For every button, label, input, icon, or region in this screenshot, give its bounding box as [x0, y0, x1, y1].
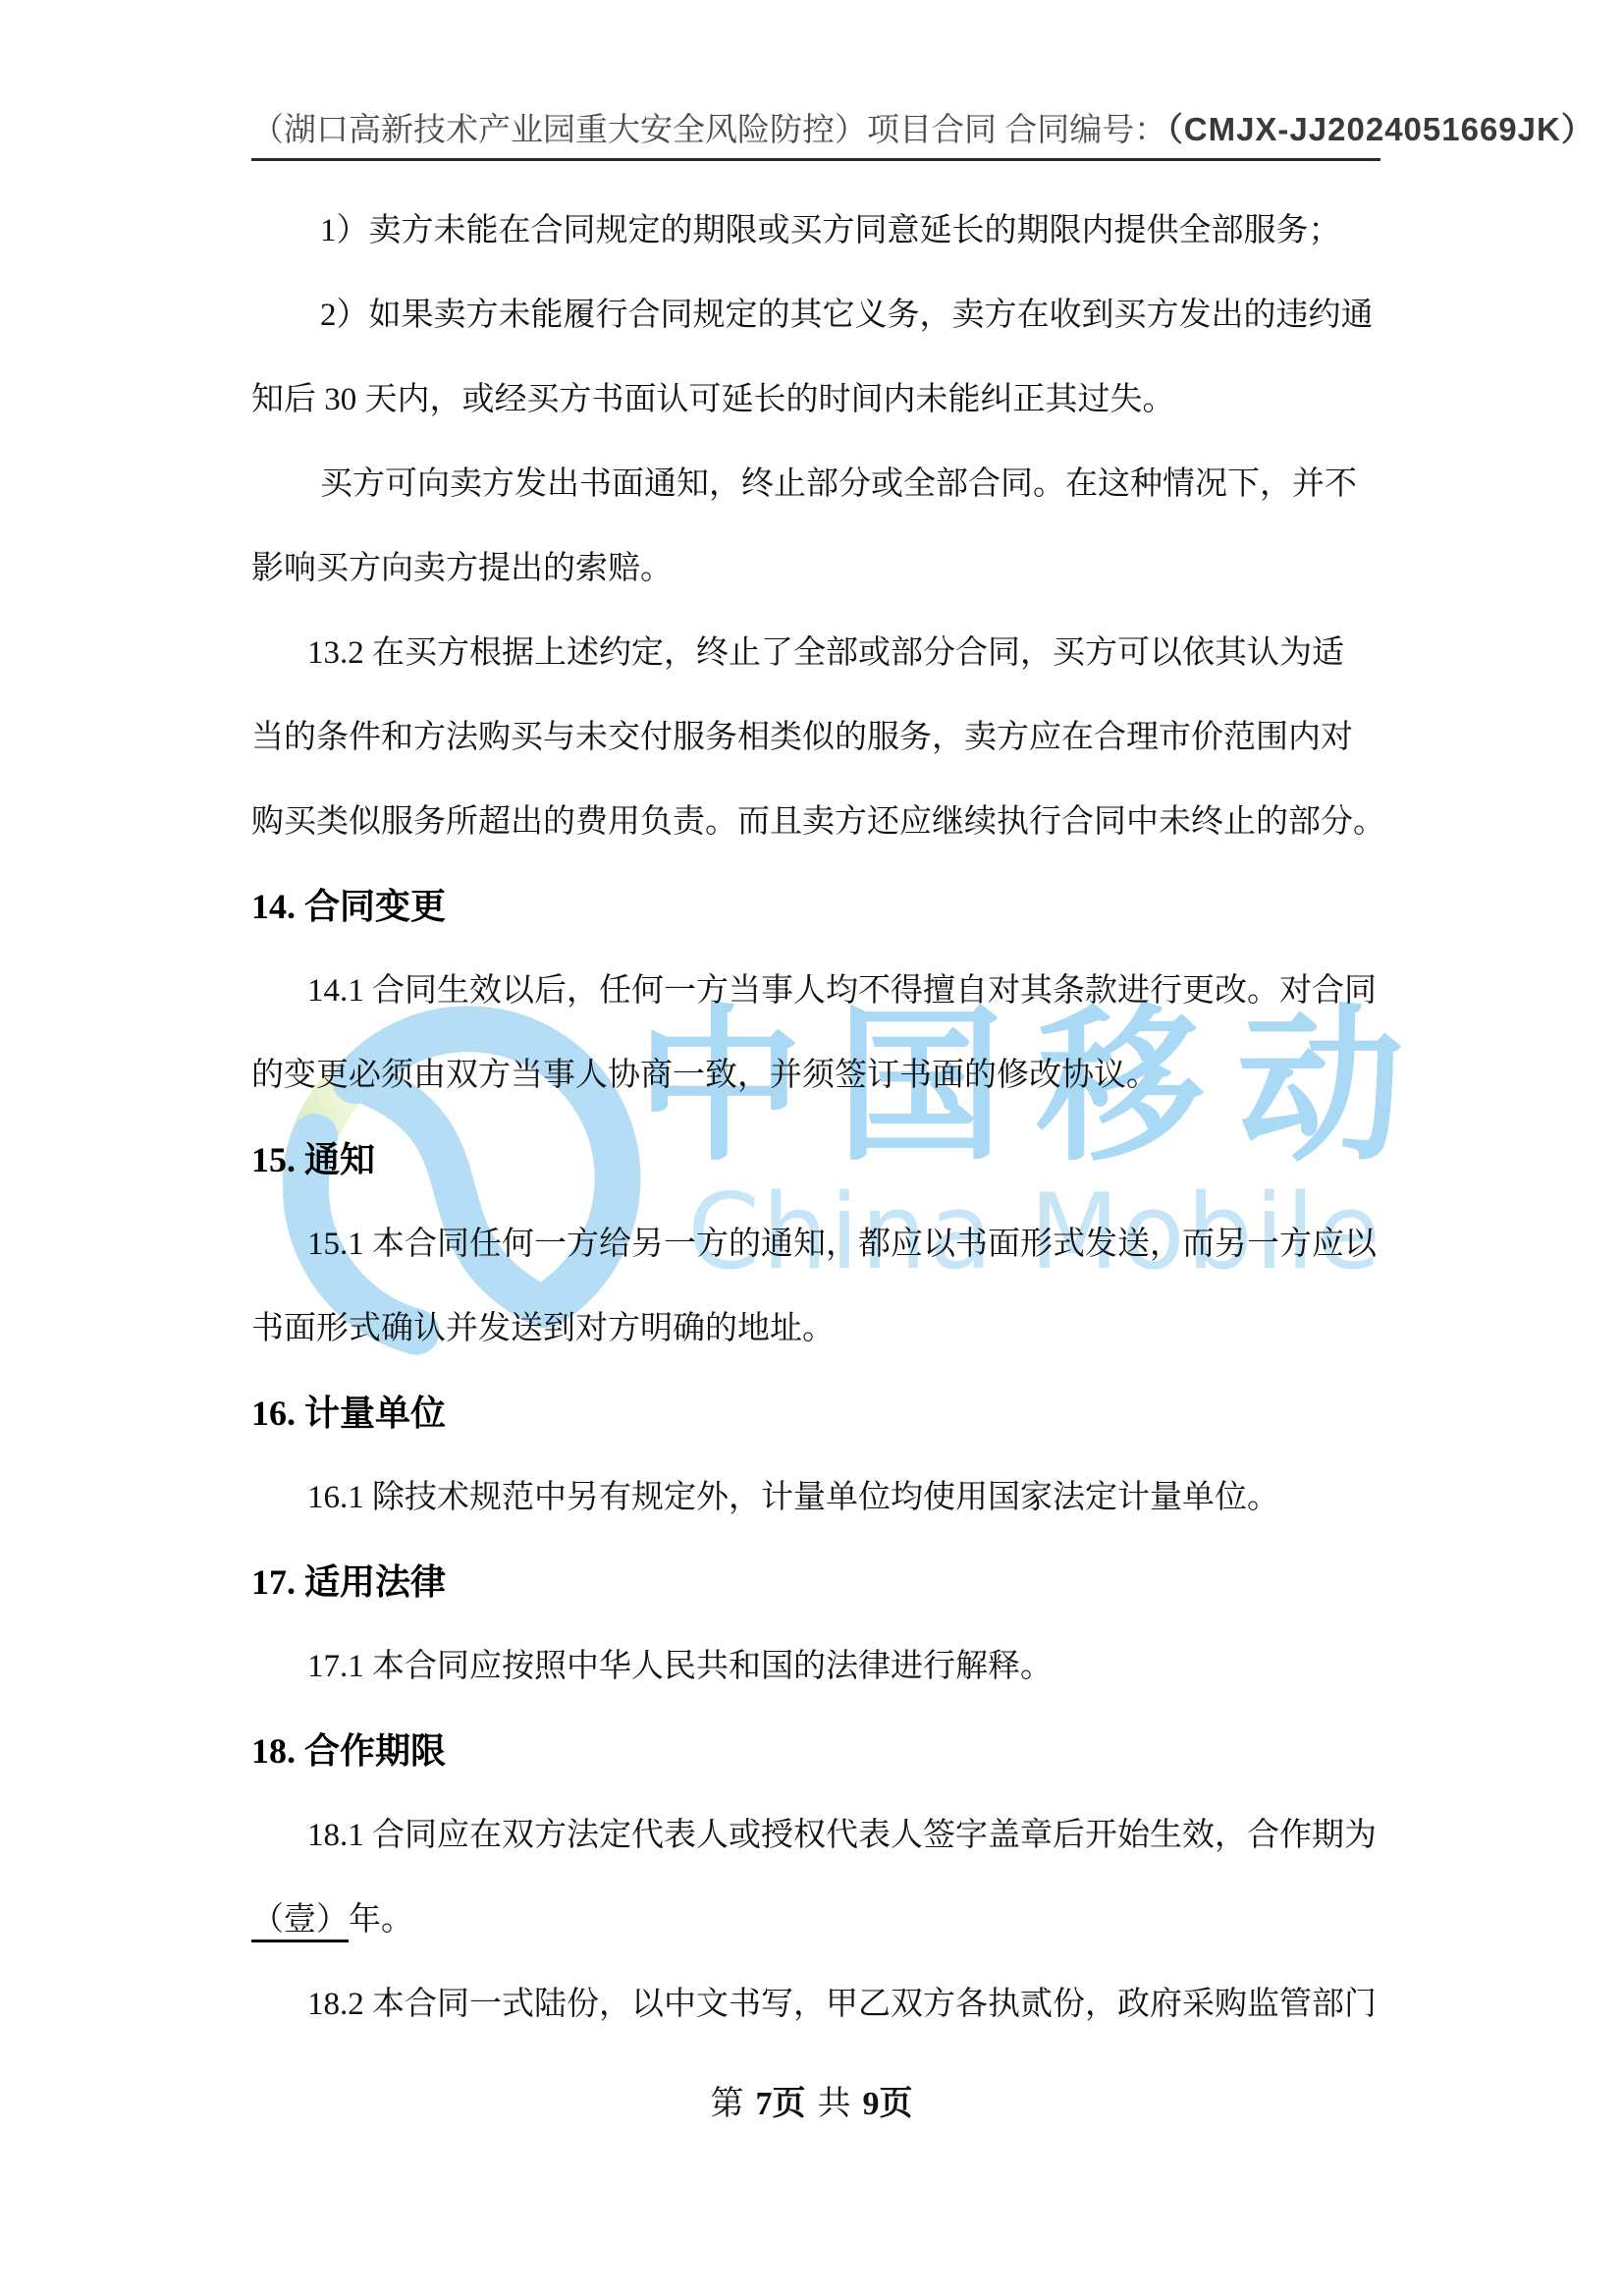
clause-line: 18.1 合同应在双方法定代表人或授权代表人签字盖章后开始生效，合作期为	[251, 1793, 1380, 1878]
clause-line: 17.1 本合同应按照中华人民共和国的法律进行解释。	[251, 1624, 1380, 1709]
clause-line: 16.1 除技术规范中另有规定外，计量单位均使用国家法定计量单位。	[251, 1455, 1380, 1540]
header-contract-no: （CMJX-JJ2024051669JK）	[1166, 111, 1595, 147]
section-heading-14: 14. 合同变更	[251, 864, 1380, 949]
footer-total-pages: 9页	[863, 2086, 913, 2122]
clause-line: 当的条件和方法购买与未交付服务相类似的服务，卖方应在合理市价范围内对	[251, 695, 1380, 780]
clause-line: 2）如果卖方未能履行合同规定的其它义务，卖方在收到买方发出的违约通	[251, 273, 1380, 357]
footer-current-page: 7页	[756, 2086, 806, 2122]
page-header: （湖口高新技术产业园重大安全风险防控）项目合同 合同编号：（CMJX-JJ202…	[251, 110, 1380, 161]
clause-line: 18.2 本合同一式陆份，以中文书写，甲乙双方各执贰份，政府采购监管部门	[251, 1962, 1380, 2047]
section-heading-15: 15. 通知	[251, 1118, 1380, 1202]
clause-line: 书面形式确认并发送到对方明确的地址。	[251, 1286, 1380, 1371]
section-heading-18: 18. 合作期限	[251, 1709, 1380, 1793]
term-line: （壹）年。	[251, 1878, 1380, 1962]
clause-line: 知后 30 天内，或经买方书面认可延长的时间内未能纠正其过失。	[251, 357, 1380, 442]
contract-page: 中国移动 China Mobile （湖口高新技术产业园重大安全风险防控）项目合…	[0, 0, 1623, 2296]
term-underlined: （壹）	[251, 1902, 349, 1942]
clause-line: 15.1 本合同任何一方给另一方的通知，都应以书面形式发送，而另一方应以	[251, 1202, 1380, 1286]
term-rest: 年。	[349, 1902, 413, 1938]
header-title: （湖口高新技术产业园重大安全风险防控）项目合同	[251, 113, 997, 148]
clause-line: 1）卖方未能在合同规定的期限或买方同意延长的期限内提供全部服务；	[251, 189, 1380, 273]
footer-middle: 共	[818, 2086, 851, 2122]
clause-line: 影响买方向卖方提出的索赔。	[251, 526, 1380, 611]
clause-line: 14.1 合同生效以后，任何一方当事人均不得擅自对其条款进行更改。对合同	[251, 949, 1380, 1033]
clause-line: 的变更必须由双方当事人协商一致，并须签订书面的修改协议。	[251, 1033, 1380, 1118]
header-contract-no-label: 合同编号：	[997, 113, 1166, 148]
document-body: 1）卖方未能在合同规定的期限或买方同意延长的期限内提供全部服务； 2）如果卖方未…	[251, 189, 1380, 2047]
clause-line: 购买类似服务所超出的费用负责。而且卖方还应继续执行合同中未终止的部分。	[251, 780, 1380, 864]
clause-line: 13.2 在买方根据上述约定，终止了全部或部分合同，买方可以依其认为适	[251, 611, 1380, 695]
page-footer: 第7页共9页	[0, 2080, 1623, 2129]
section-heading-16: 16. 计量单位	[251, 1371, 1380, 1455]
section-heading-17: 17. 适用法律	[251, 1540, 1380, 1624]
clause-line: 买方可向卖方发出书面通知，终止部分或全部合同。在这种情况下，并不	[251, 442, 1380, 526]
footer-prefix: 第	[711, 2086, 744, 2122]
